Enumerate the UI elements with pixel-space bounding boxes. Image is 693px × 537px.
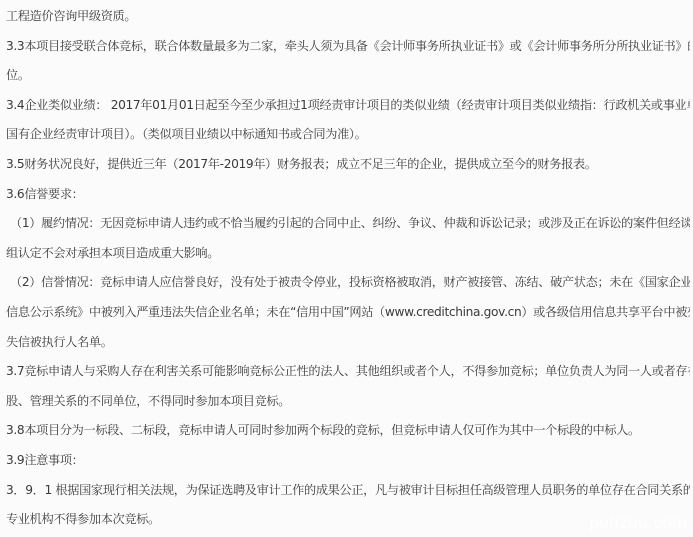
clause-3-9-heading: 3.9注意事项： <box>6 446 690 476</box>
clause-3-6-heading: 3.6信誉要求： <box>6 180 690 210</box>
clause-3-6-2: （2）信誉情况：竞标申请人应信誉良好，没有处于被责令停业，投标资格被取消，财产被… <box>6 268 690 298</box>
clause-3-5: 3.5财务状况良好，提供近三年（2017年-2019年）财务报表；成立不足三年的… <box>6 150 690 180</box>
clause-3-6-1: （1）履约情况：无因竞标申请人违约或不恰当履约引起的合同中止、纠纷、争议、仲裁和… <box>6 209 690 239</box>
clause-3-4-cont: 国有企业经责审计项目）。（类似项目业绩以中标通知书或合同为准）。 <box>6 120 690 150</box>
clause-3-4: 3.4企业类似业绩： 2017年01月01日起至今至少承担过1项经责审计项目的类… <box>6 91 690 121</box>
clause-3-6-2-cont-2: 失信被执行人名单。 <box>6 328 690 358</box>
clause-3-9-1: 3．9．1 根据国家现行相关法规，为保证选聘及审计工作的成果公正，凡与被审计目标… <box>6 476 690 506</box>
clause-3-6-1-cont: 组认定不会对承担本项目造成重大影响。 <box>6 239 690 269</box>
document-body: 工程造价咨询甲级资质。 3.3本项目接受联合体竞标，联合体数量最多为二家，牵头人… <box>6 2 690 535</box>
clause-3-3: 3.3本项目接受联合体竞标，联合体数量最多为二家，牵头人须为具备《会计师事务所执… <box>6 32 690 62</box>
watermark: puhzuu.com <box>589 513 687 533</box>
clause-3-8: 3.8本项目分为一标段、二标段，竞标申请人可同时参加两个标段的竞标，但竞标申请人… <box>6 416 690 446</box>
clause-3-9-1-cont: 专业机构不得参加本次竞标。 <box>6 505 690 535</box>
clause-3-3-cont: 位。 <box>6 61 690 91</box>
clause-3-6-2-cont: 信息公示系统》中被列入严重违法失信企业名单；未在“信用中国”网站（www.cre… <box>6 298 690 328</box>
text-line-qualification-tail: 工程造价咨询甲级资质。 <box>6 2 690 32</box>
clause-3-7-cont: 股、管理关系的不同单位，不得同时参加本项目竞标。 <box>6 387 690 417</box>
clause-3-7: 3.7竞标申请人与采购人存在利害关系可能影响竞标公正性的法人、其他组织或者个人，… <box>6 357 690 387</box>
